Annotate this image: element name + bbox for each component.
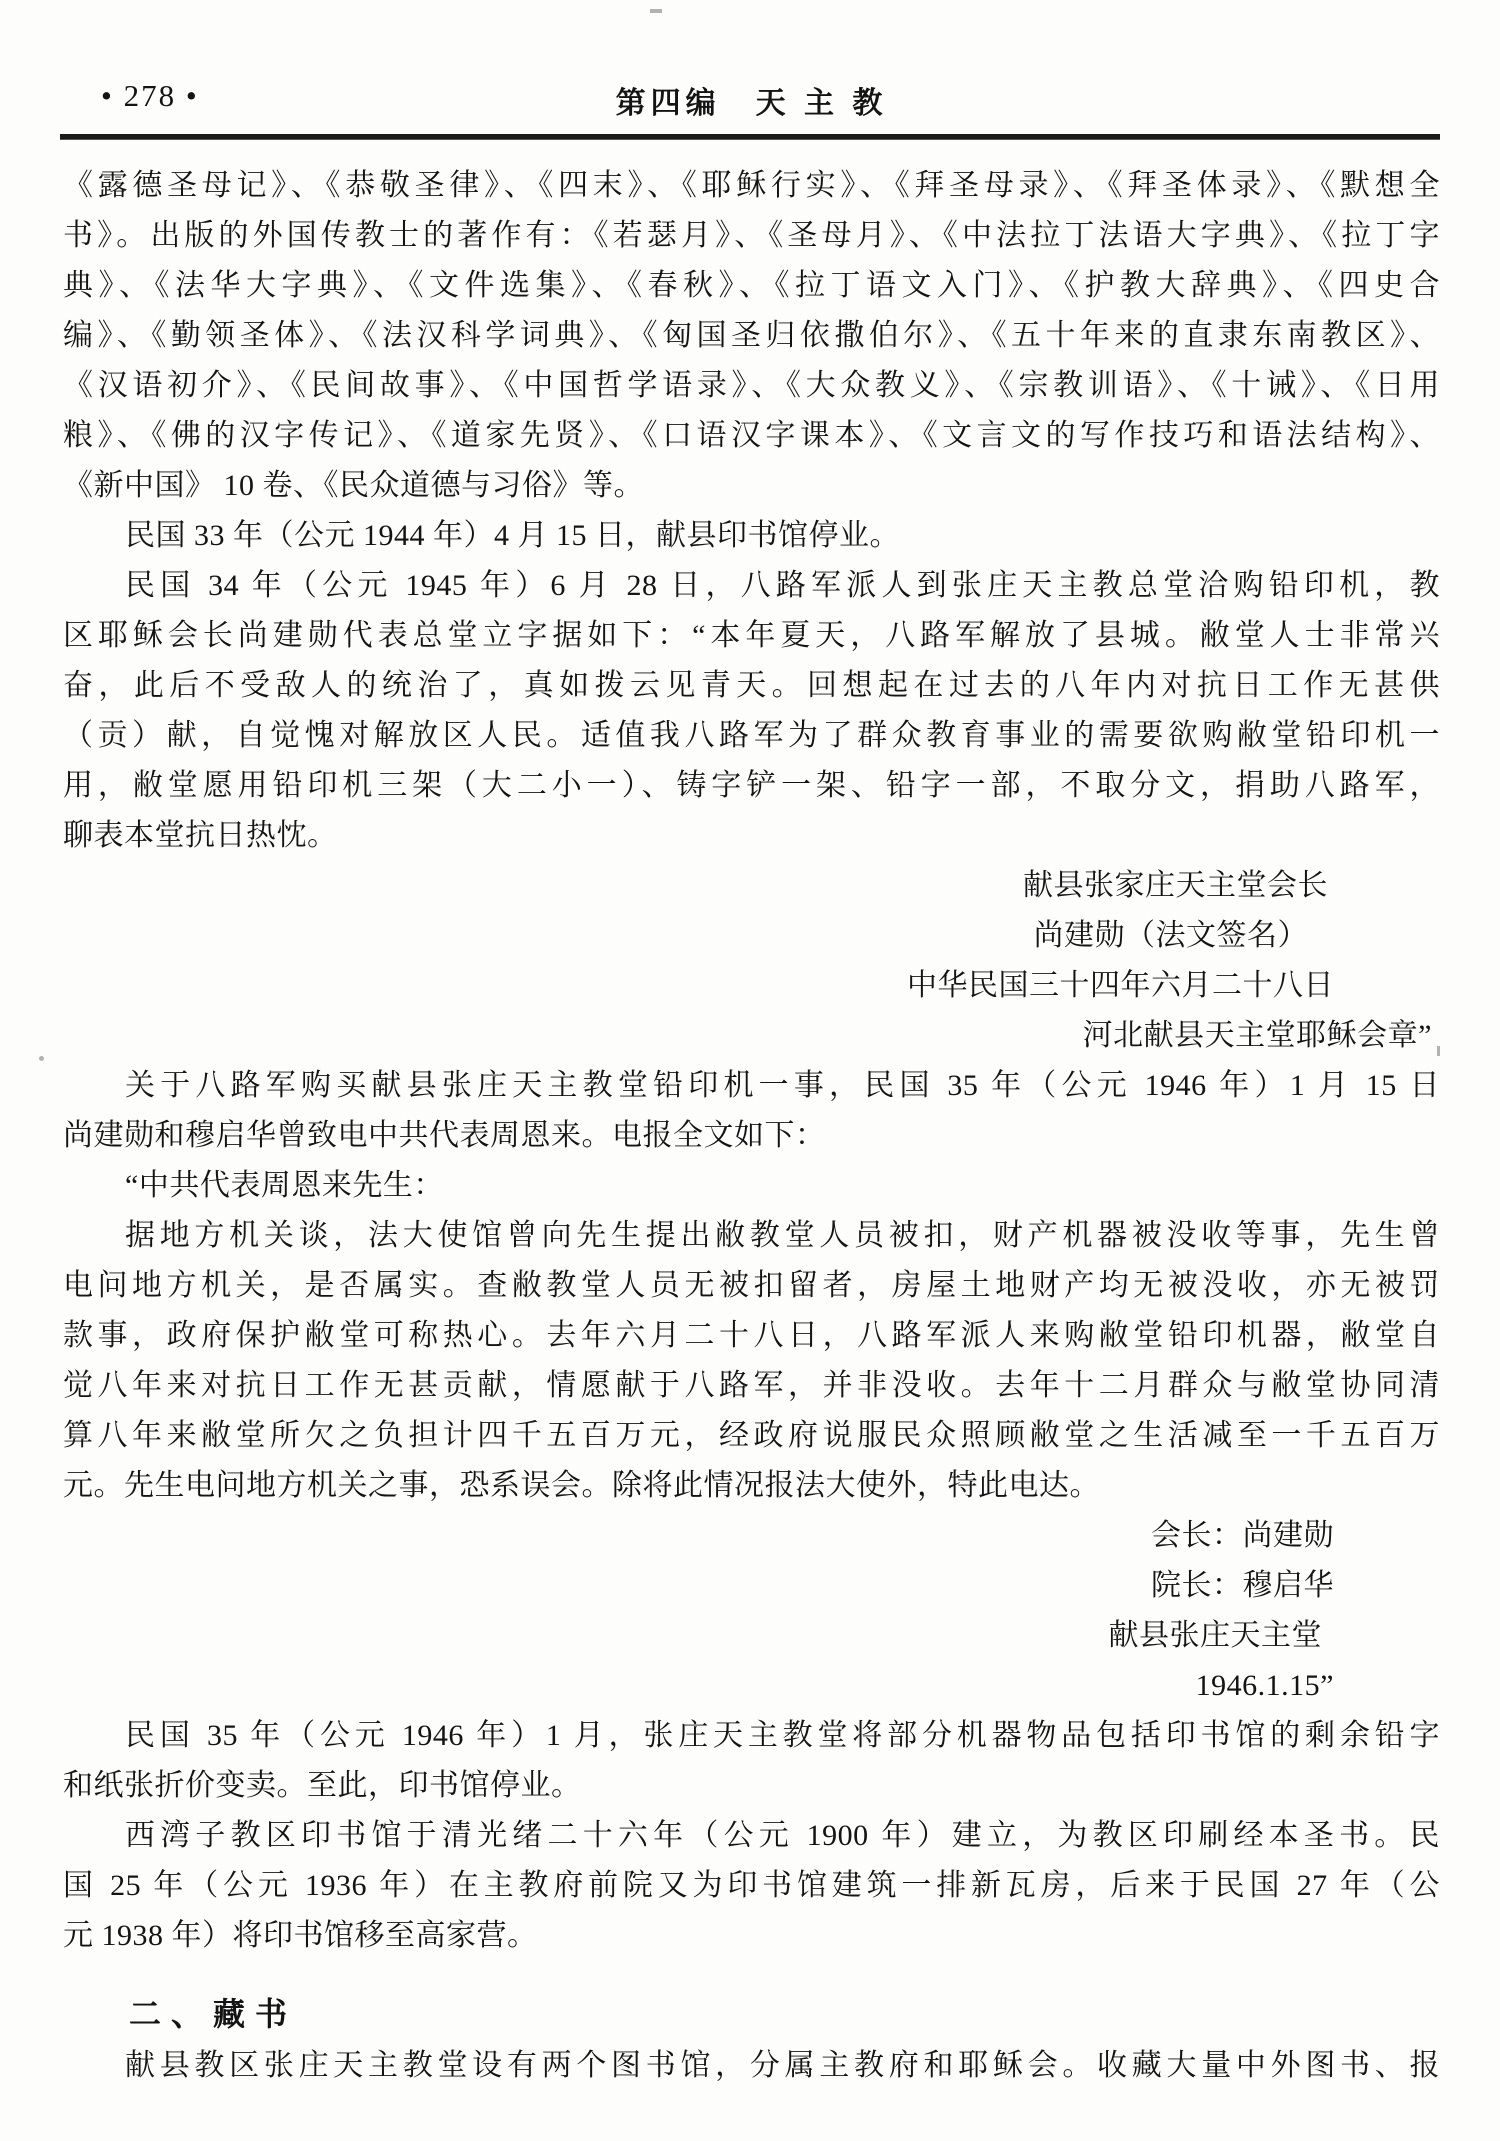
text-line: 觉八年来对抗日工作无甚贡献，情愿献于八路军，并非没收。去年十二月群众与敝堂协同清 (63, 1361, 1440, 1411)
text-line: 算八年来敝堂所欠之负担计四千五百万元，经政府说服民众照顾敝堂之生活减至一千五百万 (63, 1411, 1440, 1461)
text-line: 西湾子教区印书馆于清光绪二十六年（公元 1900 年）建立，为教区印刷经本圣书。… (63, 1811, 1440, 1861)
text-line: 民国 34 年（公元 1945 年）6 月 28 日，八路军派人到张庄天主教总堂… (63, 561, 1440, 611)
text-line: 区耶稣会长尚建勋代表总堂立字据如下：“本年夏天，八路军解放了县城。敝堂人士非常兴 (63, 611, 1440, 661)
text-line: 元 1938 年）将印书馆移至高家营。 (63, 1911, 1440, 1961)
scanned-page: • 278 • 第四编 天 主 教 《露德圣母记》、《恭敬圣律》、《四末》、《耶… (0, 0, 1500, 2141)
text-line: 关于八路军购买献县张庄天主教堂铅印机一事，民国 35 年（公元 1946 年）1… (63, 1061, 1440, 1111)
text-line: 献县张家庄天主堂会长 (63, 861, 1440, 911)
text-line: 典》、《法华大字典》、《文件选集》、《春秋》、《拉丁语文入门》、《护教大辞典》、… (63, 261, 1440, 311)
section-heading: 二、藏书 (63, 1989, 1440, 2039)
text-line: “中共代表周恩来先生： (63, 1161, 1440, 1211)
text-lines: 《露德圣母记》、《恭敬圣律》、《四末》、《耶稣行实》、《拜圣母录》、《拜圣体录》… (63, 161, 1440, 2091)
text-line: 编》、《勤领圣体》、《法汉科学词典》、《匈国圣归依撒伯尔》、《五十年来的直隶东南… (63, 311, 1440, 361)
text-line: 民国 35 年（公元 1946 年）1 月，张庄天主教堂将部分机器物品包括印书馆… (63, 1711, 1440, 1761)
scan-speck (39, 1056, 44, 1061)
text-line: 奋，此后不受敌人的统治了，真如拨云见青天。回想起在过去的八年内对抗日工作无甚供 (63, 661, 1440, 711)
text-line: 电问地方机关，是否属实。查敝教堂人员无被扣留者，房屋土地财产均无被没收，亦无被罚 (63, 1261, 1440, 1311)
text-line: 会长：尚建勋 (63, 1511, 1440, 1561)
text-line: 献县教区张庄天主教堂设有两个图书馆，分属主教府和耶稣会。收藏大量中外图书、报 (63, 2041, 1440, 2091)
header-rule (60, 134, 1440, 140)
text-line: 用，敝堂愿用铅印机三架（大二小一）、铸字铲一架、铅字一部，不取分文，捐助八路军， (63, 761, 1440, 811)
text-line: 国 25 年（公元 1936 年）在主教府前院又为印书馆建筑一排新瓦房，后来于民… (63, 1861, 1440, 1911)
scan-speck (650, 9, 662, 13)
text-line: 款事，政府保护敝堂可称热心。去年六月二十八日，八路军派人来购敝堂铅印机器，敝堂自 (63, 1311, 1440, 1361)
text-line: 《露德圣母记》、《恭敬圣律》、《四末》、《耶稣行实》、《拜圣母录》、《拜圣体录》… (63, 161, 1440, 211)
text-line: 民国 33 年（公元 1944 年）4 月 15 日，献县印书馆停业。 (63, 511, 1440, 561)
text-line: 粮》、《佛的汉字传记》、《道家先贤》、《口语汉字课本》、《文言文的写作技巧和语法… (63, 411, 1440, 461)
text-line: 据地方机关谈，法大使馆曾向先生提出敝教堂人员被扣，财产机器被没收等事，先生曾 (63, 1211, 1440, 1261)
text-line: 聊表本堂抗日热忱。 (63, 811, 1440, 861)
text-line: 书》。出版的外国传教士的著作有：《若瑟月》、《圣母月》、《中法拉丁法语大字典》、… (63, 211, 1440, 261)
text-line: 献县张庄天主堂 (63, 1611, 1440, 1661)
text-line: 1946.1.15” (63, 1661, 1440, 1711)
text-line: 尚建勋（法文签名） (63, 911, 1440, 961)
text-line: 《新中国》 10 卷、《民众道德与习俗》等。 (63, 461, 1440, 511)
page-header: • 278 • 第四编 天 主 教 (63, 78, 1440, 118)
text-line: 院长：穆启华 (63, 1561, 1440, 1611)
scan-speck (1437, 1046, 1440, 1056)
chapter-title: 第四编 天 主 教 (63, 78, 1440, 122)
text-line: 元。先生电问地方机关之事，恐系误会。除将此情况报法大使外，特此电达。 (63, 1461, 1440, 1511)
text-line: （贡）献，自觉愧对解放区人民。适值我八路军为了群众教育事业的需要欲购敝堂铅印机一 (63, 711, 1440, 761)
text-line: 尚建勋和穆启华曾致电中共代表周恩来。电报全文如下： (63, 1111, 1440, 1161)
text-line: 《汉语初介》、《民间故事》、《中国哲学语录》、《大众教义》、《宗教训语》、《十诫… (63, 361, 1440, 411)
text-line: 河北献县天主堂耶稣会章” (63, 1011, 1440, 1061)
text-line: 中华民国三十四年六月二十八日 (63, 961, 1440, 1011)
text-line: 和纸张折价变卖。至此，印书馆停业。 (63, 1761, 1440, 1811)
